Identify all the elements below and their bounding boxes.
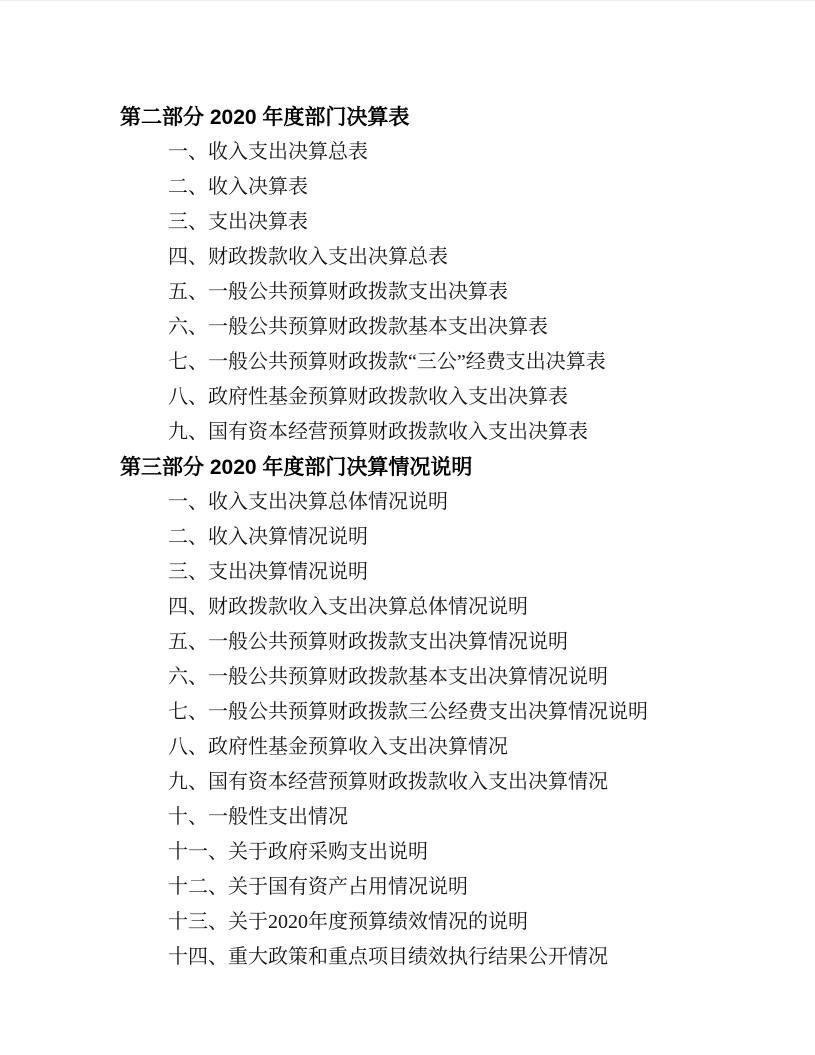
toc-item: 十三、关于2020年度预算绩效情况的说明 xyxy=(168,905,815,940)
toc-item: 三、支出决算表 xyxy=(168,205,815,240)
toc-item: 一、收入支出决算总体情况说明 xyxy=(168,485,815,520)
toc-item: 七、一般公共预算财政拨款“三公”经费支出决算表 xyxy=(168,345,815,380)
toc-item: 十、一般性支出情况 xyxy=(168,800,815,835)
toc-item: 八、政府性基金预算收入支出决算情况 xyxy=(168,730,815,765)
toc-item: 十一、关于政府采购支出说明 xyxy=(168,835,815,870)
toc-item: 十二、关于国有资产占用情况说明 xyxy=(168,870,815,905)
table-of-contents: 第二部分 2020 年度部门决算表 一、收入支出决算总表 二、收入决算表 三、支… xyxy=(0,100,815,975)
toc-item: 六、一般公共预算财政拨款基本支出决算情况说明 xyxy=(168,660,815,695)
toc-item: 九、国有资本经营预算财政拨款收入支出决算情况 xyxy=(168,765,815,800)
section-heading-part3: 第三部分 2020 年度部门决算情况说明 xyxy=(120,450,815,485)
toc-item: 五、一般公共预算财政拨款支出决算表 xyxy=(168,275,815,310)
toc-item: 二、收入决算情况说明 xyxy=(168,520,815,555)
toc-item: 五、一般公共预算财政拨款支出决算情况说明 xyxy=(168,625,815,660)
toc-item: 七、一般公共预算财政拨款三公经费支出决算情况说明 xyxy=(168,695,815,730)
toc-item: 四、财政拨款收入支出决算总体情况说明 xyxy=(168,590,815,625)
section-heading-part2: 第二部分 2020 年度部门决算表 xyxy=(120,100,815,135)
toc-item: 三、支出决算情况说明 xyxy=(168,555,815,590)
toc-item: 二、收入决算表 xyxy=(168,170,815,205)
toc-item: 六、一般公共预算财政拨款基本支出决算表 xyxy=(168,310,815,345)
document-page: 第二部分 2020 年度部门决算表 一、收入支出决算总表 二、收入决算表 三、支… xyxy=(0,0,815,1055)
toc-item: 九、国有资本经营预算财政拨款收入支出决算表 xyxy=(168,415,815,450)
toc-item: 四、财政拨款收入支出决算总表 xyxy=(168,240,815,275)
toc-item: 八、政府性基金预算财政拨款收入支出决算表 xyxy=(168,380,815,415)
toc-item: 十四、重大政策和重点项目绩效执行结果公开情况 xyxy=(168,940,815,975)
toc-item: 一、收入支出决算总表 xyxy=(168,135,815,170)
